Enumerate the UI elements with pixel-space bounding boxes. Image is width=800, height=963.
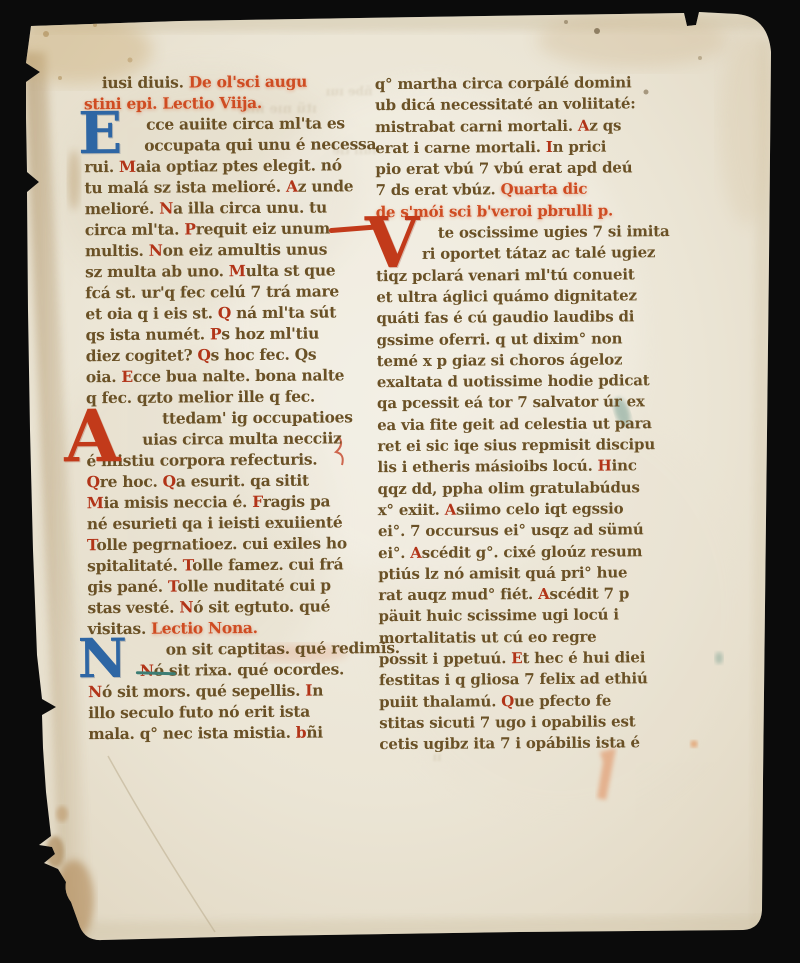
body-text: q° martha circa corpálé domini [375,73,632,93]
body-text: scédit g°. cixé gloúz resum [422,542,643,562]
body-text: N [159,199,173,218]
body-text: A [286,177,298,196]
text-line: et oia q i eis st. Q ná ml'ta sút [85,301,397,324]
text-line: te oscissime ugies 7 si imita [376,221,670,244]
text-line: qqz dd, ppha olim gratulabúdus [378,477,672,500]
text-line: oia. Ecce bua nalte. bona nalte [86,364,398,387]
text-line: on sit captitas. qué redimis. [88,637,400,660]
body-text: T [183,555,193,574]
text-line: visitas. Lectio Nona. [88,616,400,639]
text-line: päuit huic scissime ugi locú i [378,605,672,628]
body-text: E [121,367,133,386]
body-text: ea via fite geit ad celestia ut para [377,414,652,434]
body-text: erat i carne mortali. [375,138,546,157]
body-text: ragis pa [263,491,331,510]
body-text: pio erat vbú 7 vbú erat apd deú [375,159,632,179]
body-text: Q [163,472,176,491]
body-text: requit eiz unum [196,218,330,238]
body-text: ia misis neccia é. [104,492,253,512]
body-text: Q [218,303,231,322]
illuminated-initial-N: N [78,636,128,682]
body-text: olle famez. cui frá [192,554,343,574]
body-text: z qs [589,116,621,134]
body-text: P [210,324,221,343]
text-line: Nó sit rixa. qué ocordes. [88,658,400,681]
body-text: A [538,585,550,603]
body-text: ei°. [378,543,410,561]
body-text: E [511,649,522,667]
text-line: Nó sit mors. qué sepellis. In [88,679,400,702]
body-text: Q [501,692,514,710]
body-text: cetis ugibz ita 7 i opábilis ista é [379,734,640,754]
text-line: et ultra áglici quámo dignitatez [376,285,670,308]
body-text: qa pcessit eá tor 7 salvator úr ex [377,393,645,413]
body-text: uias circa multa necciiz [142,428,341,448]
text-line: fcá st. ur'q fec celú 7 trá mare [85,280,397,303]
rubric-text: De ol'sci augu [189,72,307,92]
body-text: b [296,723,307,742]
body-text: n prici [553,137,607,155]
body-text: é mistiu corpora refecturis. [86,450,317,471]
body-text: te oscissime ugies 7 si imita [438,222,670,242]
rubric-text: Quarta dic [500,180,587,199]
body-text: qs ista numét. [85,324,210,344]
body-text: n [312,681,323,700]
text-line: exaltata d uotissime hodie pdicat [377,370,671,393]
body-text: ulta st que [246,260,336,280]
text-line: tu malá sz ista melioré. Az unde [84,175,396,198]
body-text: A [578,116,590,134]
text-line: diez cogitet? Qs hoc fec. Qs [86,343,398,366]
rubric-text: Lectio Nona. [151,618,258,638]
body-text: ttedam' ig occupatioes [162,407,353,427]
text-line: stini epi. Lectio Viija. [84,91,396,114]
body-text: siimo celo iqt egssio [456,499,623,518]
text-line: mortalitatis ut cú eo regre [379,626,673,649]
body-text: ná ml'ta sút [231,302,336,322]
body-text: lis i etheris másioibs locú. [377,457,597,477]
body-text: a illa circa unu. tu [173,198,327,218]
illuminated-initial-A: A [64,405,120,467]
body-text: ei°. 7 occursus ei° usqz ad sümú [378,521,644,541]
text-line: rat auqz mud° fiét. Ascédit 7 p [378,583,672,606]
body-text: päuit huic scissime ugi locú i [378,606,618,626]
text-line: pio erat vbú 7 vbú erat apd deú [375,157,669,180]
text-line: Mia misis neccia é. Fragis pa [87,490,399,513]
text-line: erat i carne mortali. In prici [375,136,669,159]
text-line: x° exiit. Asiimo celo iqt egssio [378,498,672,521]
text-line: ret ei sic iqe sius repmisit discipu [377,434,671,457]
body-text: q fec. qzto melior ille q fec. [86,387,315,408]
body-text: stas vesté. [87,598,179,618]
illuminated-initial-V: V [365,213,420,273]
body-text: quáti fas é cú gaudio laudibs di [376,308,634,328]
text-column-right: q° martha circa corpálé dominiub dicá ne… [375,72,673,756]
body-text: gis pané. [87,577,168,597]
body-text: s hoz ml'tiu [221,324,319,344]
body-text: olle nuditaté cui p [177,575,331,595]
photo-background: ıtü nıe ñbeñbe ıuııuıı tıeıı iusi diuis.… [0,0,800,963]
text-line: Qre hoc. Qa esurit. qa sitit [86,469,398,492]
body-text: sz multa ab uno. [85,261,229,281]
text-line: temé x p giaz si choros ágeloz [377,349,671,372]
text-line: illo seculo futo nó erit ista [88,700,400,723]
text-line: sz multa ab uno. Multa st que [85,259,397,282]
body-text: x° exiit. [378,501,445,519]
body-text: 7 ds erat vbúz. [375,181,500,200]
text-line: mala. q° nec ista mistia. bñi [88,721,400,744]
body-text: ñi [306,723,323,742]
text-line: lis i etheris másioibs locú. Hinc [377,455,671,478]
text-line: stitas sicuti 7 ugo i opabilis est [379,711,673,734]
body-text: mistrabat carni mortali. [375,116,578,135]
text-line: spitalitaté. Tolle famez. cui frá [87,553,399,576]
body-text: mala. q° nec ista mistia. [88,723,296,743]
text-line: occupata qui unu é necessa [84,133,396,156]
body-text: M [87,493,104,512]
text-line: Tolle pegrnatioez. cui exiles ho [87,532,399,555]
body-text: possit i ppetuú. [379,649,512,668]
text-line: rui. Maia optiaz ptes elegit. nó [84,154,396,177]
text-line: q° martha circa corpálé domini [375,72,669,95]
body-text: s hoc fec. Qs [211,345,317,365]
body-text: rat auqz mud° fiét. [378,585,538,604]
body-text: on eiz amultis unus [162,240,327,260]
text-line: quáti fas é cú gaudio laudibs di [376,306,670,329]
body-text: ó sit rixa. qué ocordes. [154,659,344,679]
text-line: tiqz pclará venari ml'tú conueit [376,264,670,287]
illuminated-initial-E: E [78,109,123,159]
body-text: ri oportet tátaz ac talé ugiez [422,244,655,264]
text-line: iusi diuis. De ol'sci augu [84,70,396,93]
text-column-left: iusi diuis. De ol'sci augustini epi. Lec… [84,70,401,744]
body-text: gssime oferri. q ut dixim° non [377,329,623,349]
text-line: né esurieti qa i ieisti exuiienté [87,511,399,534]
body-text: occupata qui unu é necessa [144,134,376,155]
body-text: et oia q i eis st. [85,303,218,323]
body-text: stitas sicuti 7 ugo i opabilis est [379,712,635,732]
body-text: illo seculo futo nó erit ista [88,702,310,723]
body-text: t hec é hui diei [522,648,645,667]
text-line: de s'mói sci b'veroi pbrulli p. [376,200,670,223]
body-text: ret ei sic iqe sius repmisit discipu [377,435,655,455]
text-line: cce auiite circa ml'ta es [84,112,396,135]
body-text: T [168,577,178,596]
text-line: ri oportet tátaz ac talé ugiez [376,242,670,265]
body-text: A [445,501,457,519]
body-text: temé x p giaz si choros ágeloz [377,350,623,370]
body-text: ptiús lz nó amisit quá pri° hue [378,563,627,583]
text-line: ei°. 7 occursus ei° usqz ad sümú [378,519,672,542]
body-text: spitalitaté. [87,556,183,576]
text-line: festitas i q gliosa 7 felix ad ethiú [379,668,673,691]
body-text: exaltata d uotissime hodie pdicat [377,371,650,391]
body-text: ó sit mors. qué sepellis. [102,681,306,701]
body-text: ó sit egtuto. qué [193,596,330,616]
text-line: ei°. Ascédit g°. cixé gloúz resum [378,541,672,564]
body-text: festitas i q gliosa 7 felix ad ethiú [379,670,648,690]
text-line: ub dicá necessitaté an voliitaté: [375,93,669,116]
body-text: tu malá sz ista melioré. [84,177,286,197]
text-line: ea via fite geit ad celestia ut para [377,413,671,436]
text-line: mistrabat carni mortali. Az qs [375,115,669,138]
body-text: scédit 7 p [549,585,629,604]
text-line: q fec. qzto melior ille q fec. [86,385,398,408]
text-line: gssime oferri. q ut dixim° non [377,328,671,351]
body-text: ue pfecto fe [514,691,611,710]
body-text: z unde [298,176,354,195]
text-line: puiit thalamú. Que pfecto fe [379,690,673,713]
text-line: qs ista numét. Ps hoz ml'tiu [85,322,397,345]
body-text: circa ml'ta. [85,220,185,240]
body-text: diez cogitet? [86,345,198,365]
body-text: et ultra áglici quámo dignitatez [376,286,637,306]
body-text: H [598,457,612,475]
text-line: qa pcessit eá tor 7 salvator úr ex [377,392,671,415]
body-text: inc [612,457,637,475]
body-text: P [184,219,195,238]
text-line: cetis ugibz ita 7 i opábilis ista é [379,732,673,755]
body-text: puiit thalamú. [379,692,501,711]
body-text: N [140,661,154,680]
body-text: F [252,492,263,511]
text-line: é mistiu corpora refecturis. [86,448,398,471]
body-text: multis. [85,241,149,260]
text-line: ptiús lz nó amisit quá pri° hue [378,562,672,585]
body-text: aia optiaz ptes elegit. nó [136,155,342,175]
text-line: ttedam' ig occupatioes [86,406,398,429]
body-text: oia. [86,367,122,386]
body-text: N [179,597,193,616]
body-text: M [229,261,246,280]
body-text: olle pegrnatioez. cui exiles ho [96,533,347,554]
body-text: qqz dd, ppha olim gratulabúdus [378,478,640,498]
body-text: Q [197,345,210,364]
body-text: fcá st. ur'q fec celú 7 trá mare [85,281,339,302]
body-text: né esurieti qa i ieisti exuiienté [87,512,343,533]
body-text: A [410,543,422,561]
body-text: on sit captitas. qué redimis. [166,638,400,659]
body-text: ub dicá necessitaté an voliitaté: [375,95,636,115]
body-text: cce bua nalte. bona nalte [133,365,344,385]
body-text: cce auiite circa ml'ta es [146,113,345,133]
text-line: gis pané. Tolle nuditaté cui p [87,574,399,597]
text-line: melioré. Na illa circa unu. tu [85,196,397,219]
body-text: a esurit. qa sitit [176,471,309,491]
body-text: iusi diuis. [102,72,189,92]
manuscript-text-layer: ıtü nıe ñbeñbe ıuııuıı tıeıı iusi diuis.… [0,0,800,963]
text-line: possit i ppetuú. Et hec é hui diei [379,647,673,670]
text-line: stas vesté. Nó sit egtuto. qué [87,595,399,618]
text-line: uias circa multa necciiz [86,427,398,450]
body-text: N [149,241,163,260]
body-text: melioré. [85,199,160,219]
text-line: 7 ds erat vbúz. Quarta dic [375,179,669,202]
text-line: multis. Non eiz amultis unus [85,238,397,261]
body-text: mortalitatis ut cú eo regre [379,627,597,647]
